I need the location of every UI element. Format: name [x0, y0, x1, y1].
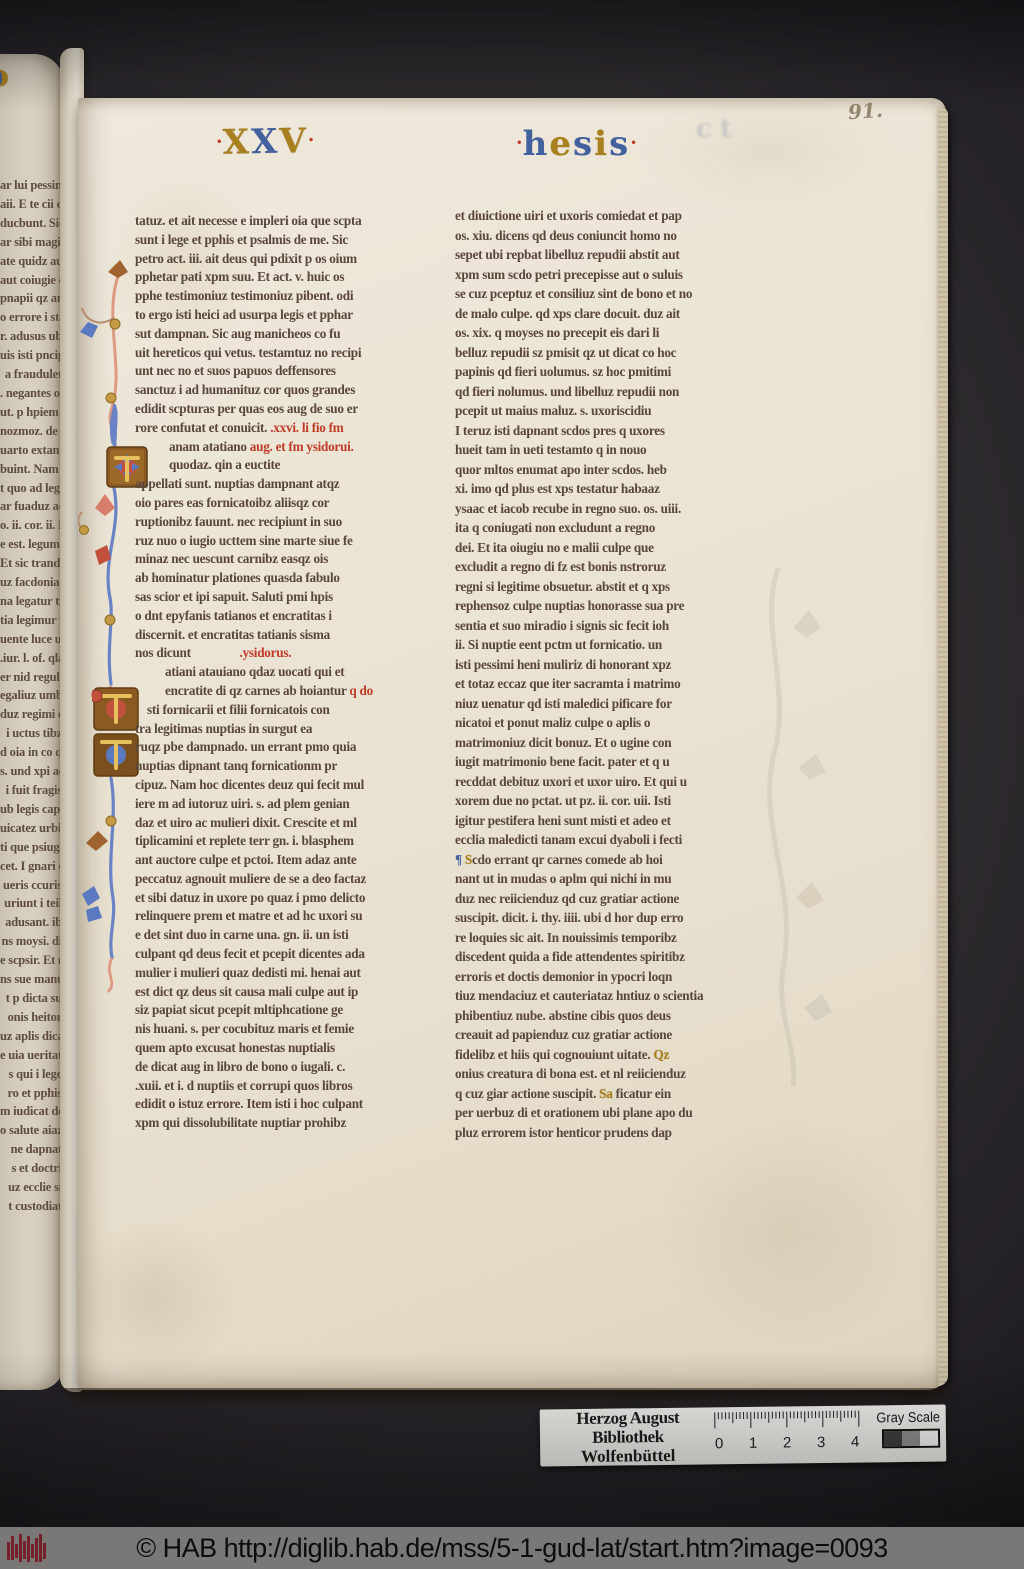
facing-page-text-line: pnapii qz ante	[0, 289, 62, 309]
manuscript-text-line: tra legitimas nuptias in surgut ea	[135, 720, 435, 739]
manuscript-text-line: se cuz pceptuz et consiliuz sint de bono…	[455, 284, 803, 304]
gray-scale-reference: Gray Scale	[864, 1407, 943, 1461]
running-title-left: ·XXV·	[216, 121, 315, 162]
manuscript-text-line: appellati sunt. nuptias dampnant atqz	[135, 475, 435, 494]
manuscript-text-line: nis huani. s. per cocubituz maris et fem…	[135, 1020, 435, 1039]
facing-page-text-line: egaliuz umbr	[0, 686, 62, 706]
facing-page-text-line: aut coiugie co	[0, 270, 62, 290]
recto-page: ·XXV· ·hesis· ct 91.	[78, 98, 946, 1390]
manuscript-text-line: anam atatiano aug. et fm ysidorui.	[135, 438, 435, 457]
facing-page-text-line: ns moysi. di	[0, 932, 62, 952]
ruler-number-row: 01234	[712, 1434, 862, 1454]
digitized-manuscript-photo: bo ar lui pessime lieaii. E te cii caduc…	[0, 0, 1024, 1569]
facing-page-text-line: t quo ad legia	[0, 478, 62, 498]
manuscript-text-line: peccatuz agnouit muliere de se a deo fac…	[135, 870, 435, 889]
manuscript-text-line: os. xix. q moyses no precepit eis dari l…	[455, 323, 803, 343]
manuscript-text-line: quem apto excusat honestas nuptialis	[135, 1039, 435, 1058]
manuscript-text-line: to ergo isti heici ad usurpa legis et pp…	[135, 306, 435, 325]
running-title-right: ·hesis·	[516, 124, 637, 163]
parchment-stain	[68, 1218, 238, 1378]
manuscript-text-line: ruptionibz fauunt. nec recipiunt in suo	[135, 513, 435, 532]
facing-page-text-line: o. ii. cor. ii. Na	[0, 516, 62, 536]
manuscript-text-line: ruqz pbe dampnado. un errant pmo quia	[135, 738, 435, 757]
manuscript-text-line: minaz nec uescunt carnibz easqz ois	[135, 550, 435, 569]
facing-page-text-line: i fuit fragis	[0, 781, 62, 801]
manuscript-text-line: de malo culpe. qd xps clare docuit. duz …	[455, 304, 803, 324]
manuscript-text-line: uit hereticos qui vetus. testamtuz no re…	[135, 344, 435, 363]
manuscript-text-line: est dict qz deus sit causa mali culpe au…	[135, 983, 435, 1002]
facing-page-text-line: ne dapnat	[0, 1140, 62, 1160]
manuscript-text-line: rore confutat et conuicit. .xxvi. li fio…	[135, 419, 435, 438]
manuscript-text-line: quodaz. qin a euctite	[135, 456, 435, 475]
manuscript-text-line: ruz nuo o iugio ucttem sine marte siue f…	[135, 532, 435, 551]
ruler-number: 0	[712, 1435, 726, 1453]
manuscript-text-line: quor mltos enumat apo inter scdos. heb	[455, 460, 803, 480]
facing-page-text-line: er nid reguloz	[0, 667, 62, 687]
facing-page-text-line: na legatur tis	[0, 592, 62, 612]
manuscript-text-line: encratite di qz carnes ab hoiantur q do	[135, 682, 435, 701]
facing-page-text-line: adusant. ib	[0, 913, 62, 933]
facing-page-text-line: uicatez urbis	[0, 818, 62, 838]
facing-page-text-line: aii. E te cii ca	[0, 195, 62, 215]
facing-page-edge: bo ar lui pessime lieaii. E te cii caduc…	[0, 54, 64, 1390]
gray-scale-patch	[902, 1431, 920, 1446]
facing-page-text-line: ns sue manus	[0, 970, 62, 990]
hab-logo-icon	[6, 1532, 54, 1564]
manuscript-text-line: sas scior et ipi sapuit. Saluti pmi hpis	[135, 588, 435, 607]
folio-number: 91.	[847, 99, 883, 123]
manuscript-text-line: ita q coniugati non excludunt a regno	[455, 518, 803, 538]
facing-page-text: ar lui pessime lieaii. E te cii caducbun…	[0, 176, 62, 1216]
manuscript-text-line: sunt i lege et pphis et psalmis de me. S…	[135, 231, 435, 250]
manuscript-text-line: .xuii. et i. d nuptiis et corrupi quos l…	[135, 1077, 435, 1096]
facing-page-text-line: e scpsir. Et ui	[0, 951, 62, 971]
text-column-left: tatuz. et ait necesse e impleri oia que …	[135, 212, 435, 1152]
facing-page-text-line: o errore i stat	[0, 308, 62, 328]
manuscript-text-line: et diuictione uiri et uxoris comiedat et…	[455, 206, 803, 226]
facing-page-text-line: s. und xpi ad	[0, 762, 62, 782]
facing-page-text-line: r. adusus ubui	[0, 327, 62, 347]
facing-page-text-line: a fraudulet	[0, 365, 62, 385]
facing-page-text-line: ate quidz audi	[0, 251, 62, 271]
manuscript-text-line: pluz errorem istor henticor prudens dap	[455, 1123, 803, 1143]
manuscript-text-line: daz et uiro ac mulieri dixit. Crescite e…	[135, 814, 435, 833]
facing-page-text-line: t p dicta su	[0, 989, 62, 1009]
manuscript-text-line: sti fornicarii et filii fornicatois con	[135, 701, 435, 720]
facing-page-text-line: ti que psiugs	[0, 837, 62, 857]
manuscript-text-line: I teruz isti dapnant scdos pres q uxores	[455, 421, 803, 441]
facing-page-text-line: uis isti pncipes	[0, 346, 62, 366]
manuscript-text-line: tiplicamini et replete terr gn. i. blasp…	[135, 832, 435, 851]
manuscript-text-line: et sibi datuz in uxore po quaz i pmo del…	[135, 889, 435, 908]
copyright-url: © HAB http://diglib.hab.de/mss/5-1-gud-l…	[0, 1527, 1024, 1569]
gray-scale-label: Gray Scale	[876, 1409, 940, 1426]
facing-page-text-line: ro et pphis	[0, 1083, 62, 1103]
facing-page-text-line: tia legimur to	[0, 610, 62, 630]
facing-page-text-line: . negantes o qde	[0, 384, 62, 404]
facing-page-text-line: cet. I gnari os	[0, 856, 62, 876]
manuscript-text-line: relinquere prem et matre et ad hc uxori …	[135, 907, 435, 926]
institution-city: Wolfenbüttel	[544, 1445, 712, 1466]
facing-page-text-line: .iur. l. of. qla	[0, 648, 62, 668]
decorated-initial-T	[92, 686, 140, 778]
manuscript-text-line: belluz repudii sz pmisit qz ut dicat co …	[455, 343, 803, 363]
facing-page-text-line: uz aplis dicat	[0, 1026, 62, 1046]
title-offset-ghost: ct	[696, 114, 740, 144]
facing-page-text-line: uz ecclie si	[0, 1178, 62, 1198]
facing-page-text-line: ar lui pessime lie	[0, 176, 62, 195]
manuscript-text-line: tatuz. et ait necesse e impleri oia que …	[135, 212, 435, 231]
manuscript-text-line: pphe testimoniuz testimoniuz pibent. odi	[135, 287, 435, 306]
manuscript-text-line: ant auctore culpe et pctoi. Item adaz an…	[135, 851, 435, 870]
manuscript-text-line: sepet ubi repbat libelluz repudii abstit…	[455, 245, 803, 265]
facing-page-text-line: s qui i lege	[0, 1064, 62, 1084]
facing-page-text-line: uarto extant qu	[0, 440, 62, 460]
facing-page-text-line: d oia in co q	[0, 743, 62, 763]
facing-page-text-line: ub legis capit	[0, 800, 62, 820]
facing-page-text-line: uente luce ut	[0, 629, 62, 649]
manuscript-text-line: xpm qui dissolubilitate nuptiar prohibz	[135, 1114, 435, 1133]
facing-page-text-line: Et sic trandi	[0, 554, 62, 574]
centimeter-scale: /* ticks drawn by JS below */ 01234	[712, 1408, 865, 1463]
facing-page-text-line: o salute aiaz	[0, 1121, 62, 1141]
manuscript-text-line: hueit tam in ueti testamto q in nouo	[455, 440, 803, 460]
manuscript-text-line: mulier i mulieri quaz dedisti mi. henai …	[135, 964, 435, 983]
ruler-number: 1	[746, 1435, 760, 1453]
facing-page-text-line: ut. p hpiem quis	[0, 402, 62, 422]
facing-page-text-line: uz facdonia. qd	[0, 573, 62, 593]
ruler-ticks: /* ticks drawn by JS below */	[712, 1411, 864, 1433]
manuscript-text-line: papinis qd fieri uolumus. sz hoc pmitimi	[455, 362, 803, 382]
facing-page-text-line: duz regimi et	[0, 705, 62, 725]
facing-page-text-line: ducbunt. Sic a	[0, 213, 62, 233]
facing-page-text-line: m iudicat de	[0, 1102, 62, 1122]
manuscript-text-line: unt nec no et suos papuos deffensores	[135, 362, 435, 381]
manuscript-text-line: de dicat aug in libro de bono o iugali. …	[135, 1058, 435, 1077]
manuscript-text-line: pphetar pati xpm suu. Et act. v. huic os	[135, 268, 435, 287]
manuscript-text-line: oio pares eas fornicatoibz aliisqz cor	[135, 494, 435, 513]
facing-page-text-line: ar sibi magistros	[0, 232, 62, 252]
manuscript-text-line: os. xiu. dicens qd deus coniuncit homo n…	[455, 226, 803, 246]
manuscript-text-line: xi. imo qd plus est xps testatur habaaz	[455, 479, 803, 499]
institution-label: Herzog August Bibliothek Wolfenbüttel	[544, 1409, 713, 1464]
book-shadow	[64, 1388, 948, 1408]
manuscript-text-line: edidit scpturas per quas eos aug de suo …	[135, 400, 435, 419]
facing-page-text-line: e est. legum tis	[0, 535, 62, 555]
footer-bar: © HAB http://diglib.hab.de/mss/5-1-gud-l…	[0, 1527, 1024, 1569]
manuscript-text-line: sanctuz i ad humanituz cor quos grandes	[135, 381, 435, 400]
gray-scale-patch	[884, 1431, 902, 1446]
manuscript-text-line: iere m ad iutoruz uiri. s. ad plem genia…	[135, 795, 435, 814]
color-reference-ruler: Herzog August Bibliothek Wolfenbüttel /*…	[540, 1405, 947, 1467]
manuscript-text-line: edidit o istuz errore. Item isti i hoc c…	[135, 1095, 435, 1114]
facing-page-text-line: uriunt i teil	[0, 894, 62, 914]
manuscript-text-line: petro act. iii. ait deus qui pdixit p os…	[135, 250, 435, 269]
facing-page-text-line: i uctus tibz	[0, 724, 62, 744]
manuscript-text-line: ysaac et iacob recube in regno suo. os. …	[455, 499, 803, 519]
facing-page-text-line: buint. Nam qd	[0, 459, 62, 479]
manuscript-text-line: xpm sum scdo petri precepisse aut o sulu…	[455, 265, 803, 285]
manuscript-text-line: pcepit ut maius maluz. s. uxoriscidiu	[455, 401, 803, 421]
facing-page-illuminated-letter: bo	[0, 62, 40, 116]
manuscript-text-line: atiani atauiano qdaz uocati qui et	[135, 663, 435, 682]
facing-page-text-line: t custodiat	[0, 1197, 62, 1216]
manuscript-text-line: cipuz. Nam hoc dicentes deuz qui fecit m…	[135, 776, 435, 795]
gray-scale-patch	[920, 1431, 938, 1446]
manuscript-text-line: e det sint duo in carne una. gn. ii. un …	[135, 926, 435, 945]
manuscript-text-line: per uerbuz di et orationem ubi plane apo…	[455, 1103, 803, 1123]
facing-page-text-line: onis heitor	[0, 1007, 62, 1027]
facing-page-text-line: e uia ueritatis	[0, 1045, 62, 1065]
facing-page-text-line: ar fuaduz ad le	[0, 497, 62, 517]
manuscript-text-line: siz papiat sicut pcepit mltiphcatione ge	[135, 1001, 435, 1020]
manuscript-text-line: culpant qd deus fecit et pcepit dicentes…	[135, 945, 435, 964]
gray-scale-patches	[882, 1429, 940, 1449]
manuscript-text-line: ab hominatur plationes quasda fabulo	[135, 569, 435, 588]
institution-name: Herzog August Bibliothek	[544, 1407, 712, 1447]
manuscript-text-line: sut dampnan. Sic aug manicheos co fu	[135, 325, 435, 344]
manuscript-text-line: qd fieri nolumus. und libelluz repudii n…	[455, 382, 803, 402]
manuscript-text-line: o dnt epyfanis tatianos et encratitas i	[135, 607, 435, 626]
ruler-number: 4	[848, 1434, 862, 1452]
ruler-number: 3	[814, 1434, 828, 1452]
facing-page-text-line: s et doctri	[0, 1159, 62, 1179]
bleed-through-ghost-decoration	[738, 568, 848, 1088]
manuscript-text-line: discernit. et encratitas tatianis sisma	[135, 626, 435, 645]
manuscript-text-line: dei. Et ita oiugiu no e malii culpe que	[455, 538, 803, 558]
facing-page-text-line: ueris ccuris	[0, 875, 62, 895]
book-fore-edge	[938, 108, 948, 1386]
ruler-number: 2	[780, 1434, 794, 1452]
manuscript-text-line: nos dicunt .ysidorus.	[135, 644, 435, 663]
manuscript-text-line: nuptias dipnant tanq fornicationm pr	[135, 757, 435, 776]
facing-page-text-line: nozmoz. de fz	[0, 421, 62, 441]
